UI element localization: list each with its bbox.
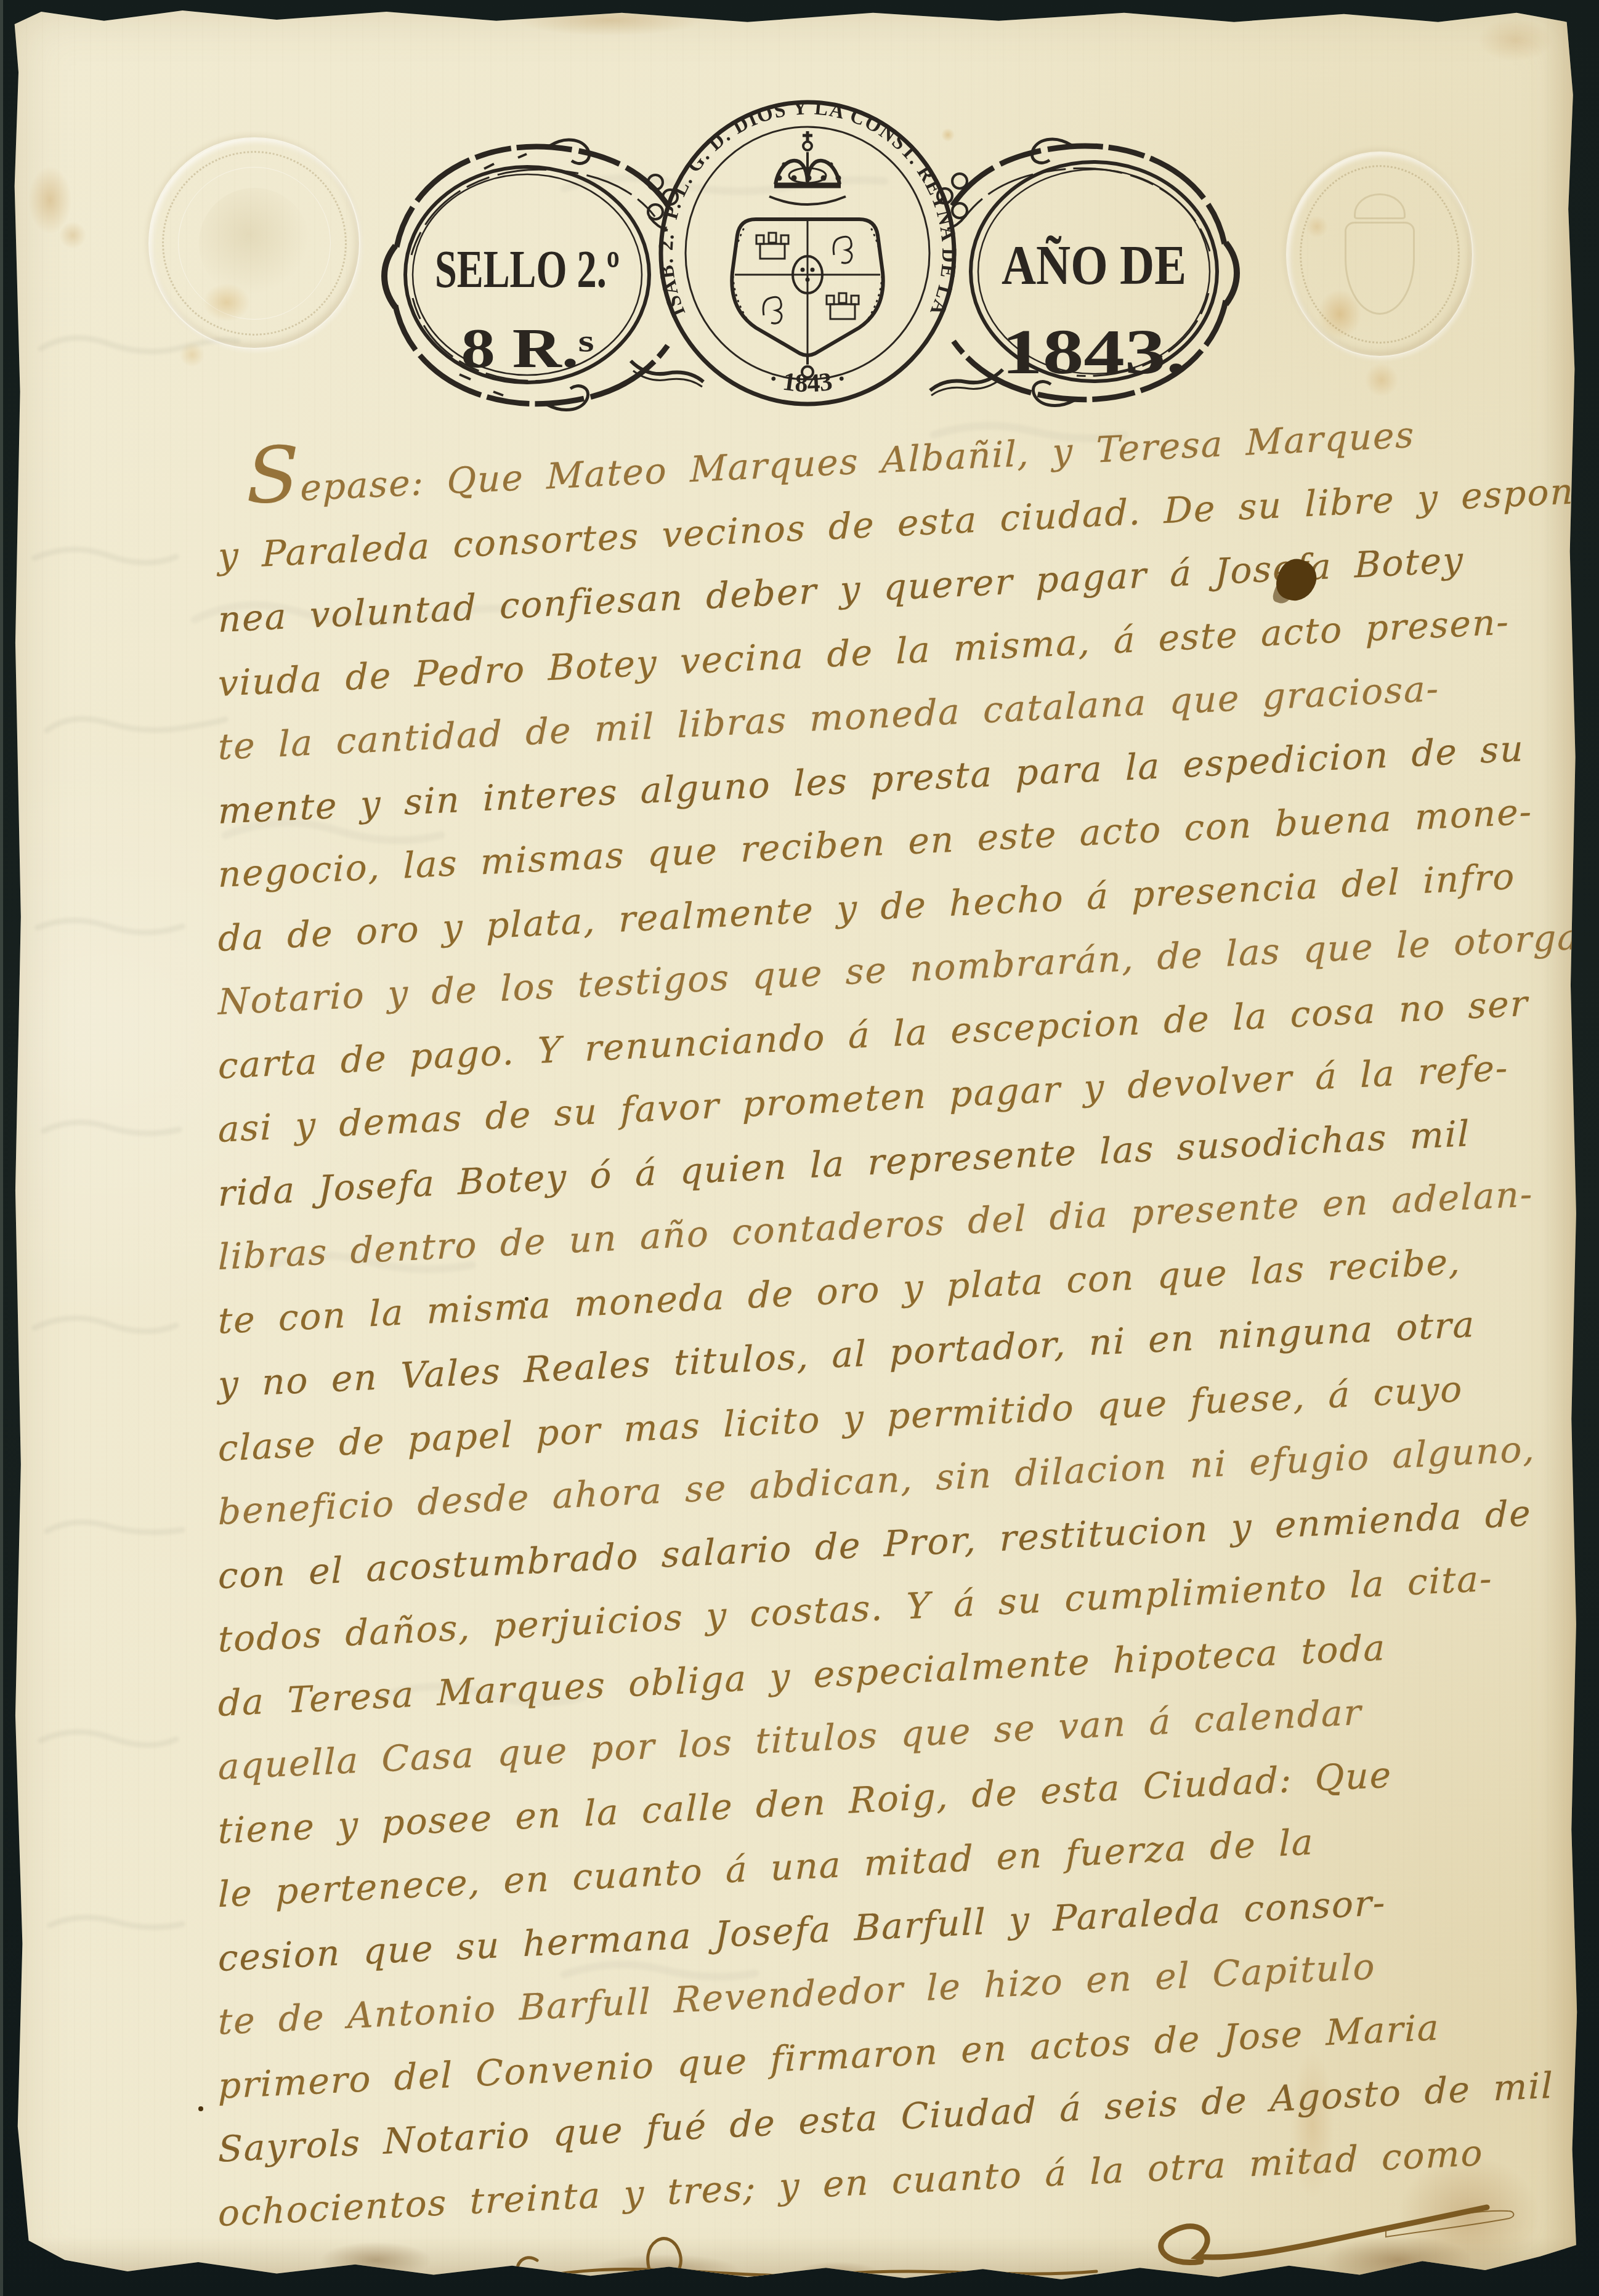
foxing-spot	[28, 166, 71, 234]
stamp-legend-year: · 1843 ·	[766, 365, 849, 398]
foxing-spot	[1365, 363, 1398, 397]
scan-background: SELLO 2.º 8 R.ˢ AÑO DE 1843.	[0, 0, 1599, 2296]
stamp-year-value: 1843.	[1002, 317, 1186, 387]
foxing-spot	[1478, 18, 1552, 62]
revenue-stamp: SELLO 2.º 8 R.ˢ AÑO DE 1843.	[379, 96, 1254, 416]
royal-arms-shield-icon	[732, 219, 883, 378]
embossed-seal-right	[1286, 152, 1473, 357]
embossed-portrait-ghost	[199, 188, 310, 299]
ink-fleck	[198, 2106, 203, 2111]
document-page: SELLO 2.º 8 R.ˢ AÑO DE 1843.	[10, 4, 1579, 2286]
right-edge-toning	[1542, 4, 1579, 2286]
embossed-seal-left	[148, 137, 360, 349]
svg-text:· 1843 ·: · 1843 ·	[766, 365, 849, 398]
foxing-spot	[180, 342, 204, 367]
stamp-class-label: SELLO 2.º	[435, 240, 620, 299]
foxing-spot	[517, 5, 702, 36]
stamp-year-caption: AÑO DE	[1002, 233, 1186, 296]
bottom-edge-toning	[10, 2237, 1579, 2286]
manuscript-text: Sepase: Que Mateo Marques Albañil, y Ter…	[218, 397, 1536, 2245]
foxing-spot	[59, 222, 86, 249]
crown-icon	[769, 131, 846, 204]
scan-edge-highlight	[0, 0, 3, 2296]
stamp-denomination-label: 8 R.ˢ	[461, 318, 594, 379]
